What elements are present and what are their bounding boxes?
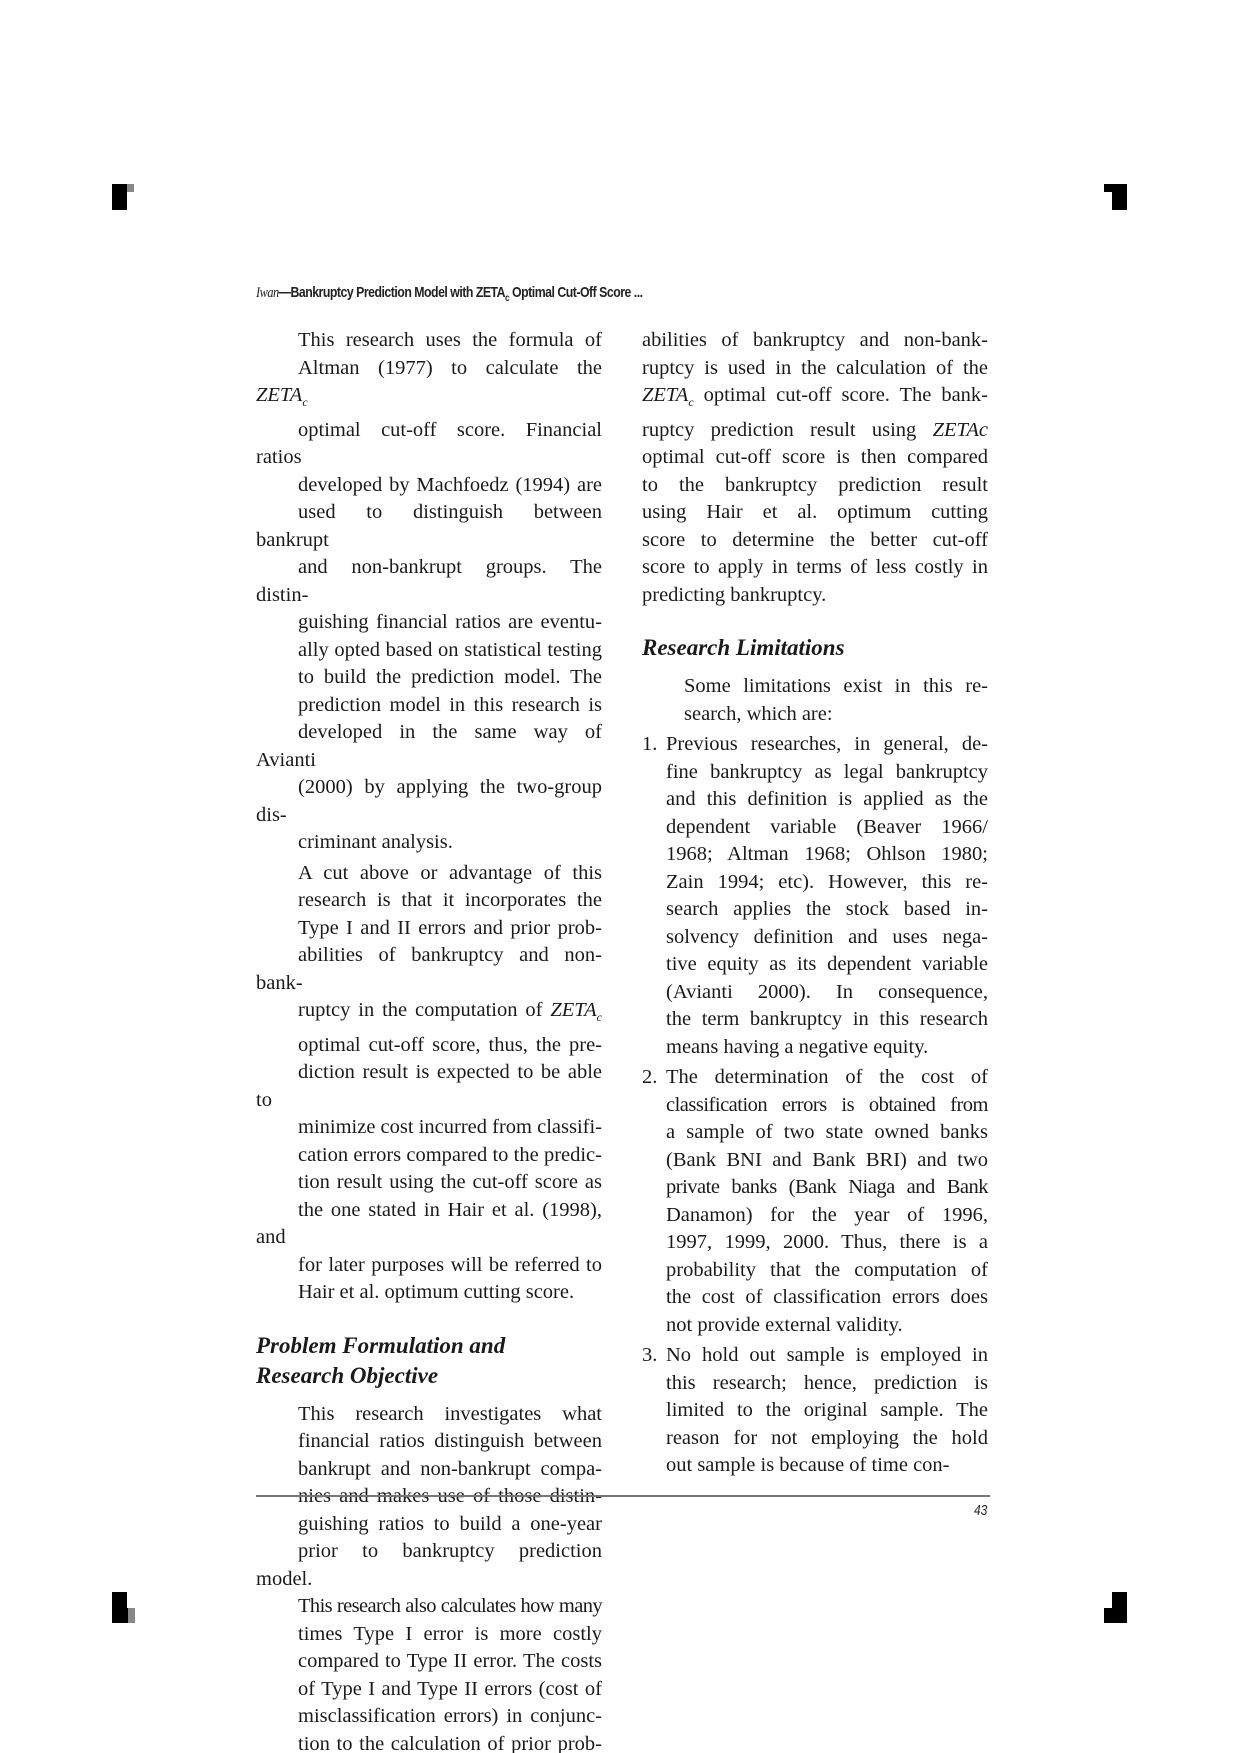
text-line: reason for not employing the hold bbox=[666, 1425, 988, 1453]
text-line: 1997, 1999, 2000. Thus, there is a bbox=[666, 1229, 988, 1257]
text-line: optimal cut-off score is then compared bbox=[642, 444, 988, 472]
text-line: bankrupt and non-bankrupt compa- bbox=[256, 1456, 602, 1484]
text-line: research is that it incorporates the bbox=[256, 887, 602, 915]
header-title: Bankruptcy Prediction Model with ZETA bbox=[290, 284, 505, 301]
header-separator: — bbox=[279, 284, 291, 301]
text-line: diction result is expected to be able to bbox=[256, 1059, 602, 1114]
text-fragment: ruptcy prediction result using bbox=[642, 419, 933, 441]
text-line: and non-bankrupt groups. The distin- bbox=[256, 554, 602, 609]
text-line: not provide external validity. bbox=[666, 1312, 988, 1340]
text-line: compared to Type II error. The costs bbox=[256, 1648, 602, 1676]
text-line: optimal cut-off score. Financial ratios bbox=[256, 417, 602, 472]
heading-line: Research Objective bbox=[256, 1361, 602, 1391]
text-line: This research also calculates how many bbox=[256, 1593, 602, 1621]
zeta-main: ZETA bbox=[550, 999, 596, 1021]
text-line: (Avianti 2000). In consequence, bbox=[666, 979, 988, 1007]
zeta-c-term: ZETAc bbox=[933, 419, 988, 441]
text-line: to build the prediction model. The bbox=[256, 664, 602, 692]
text-line: dependent variable (Beaver 1966/ bbox=[666, 814, 988, 842]
text-line: guishing ratios to build a one-year bbox=[256, 1511, 602, 1539]
paragraph-advantage: A cut above or advantage of this researc… bbox=[256, 860, 602, 1307]
section-heading-problem-formulation: Problem Formulation and Research Objecti… bbox=[256, 1331, 602, 1391]
text-line: No hold out sample is employed in bbox=[666, 1342, 988, 1370]
limitation-item-2: 2. The determination of the cost of clas… bbox=[642, 1064, 988, 1339]
zeta-sub: c bbox=[302, 395, 307, 409]
text-line: times Type I error is more costly bbox=[256, 1621, 602, 1649]
text-line: Altman (1977) to calculate the ZETAc bbox=[256, 355, 602, 417]
text-line: tion to the calculation of prior prob- bbox=[256, 1731, 602, 1753]
text-line: search applies the stock based in- bbox=[666, 896, 988, 924]
text-line: developed in the same way of Avianti bbox=[256, 719, 602, 774]
section-heading-research-limitations: Research Limitations bbox=[642, 633, 988, 663]
text-line: Previous researches, in general, de- bbox=[666, 731, 988, 759]
text-line: prior to bankruptcy prediction model. bbox=[256, 1538, 602, 1593]
text-line: Danamon) for the year of 1996, bbox=[666, 1202, 988, 1230]
text-line: Hair et al. optimum cutting score. bbox=[256, 1279, 602, 1307]
text-line: misclassification errors) in conjunc- bbox=[256, 1703, 602, 1731]
text-line: to the bankruptcy prediction result bbox=[642, 472, 988, 500]
text-line: score to apply in terms of less costly i… bbox=[642, 554, 988, 582]
left-column: This research uses the formula of Altman… bbox=[256, 327, 602, 1753]
text-line: abilities of bankruptcy and non-bank- bbox=[642, 327, 988, 355]
zeta-c-term: ZETAc bbox=[550, 999, 602, 1021]
text-line: (2000) by applying the two-group dis- bbox=[256, 774, 602, 829]
text-line: fine bankruptcy as legal bankruptcy bbox=[666, 759, 988, 787]
list-number: 2. bbox=[642, 1064, 657, 1092]
limitations-list: 1. Previous researches, in general, de- … bbox=[642, 731, 988, 1480]
text-line: the term bankruptcy in this research bbox=[666, 1006, 988, 1034]
text-line: tion result using the cut-off score as bbox=[256, 1169, 602, 1197]
paragraph-continuation: abilities of bankruptcy and non-bank- ru… bbox=[642, 327, 988, 609]
text-line: abilities of bankruptcy and non-bank- bbox=[256, 942, 602, 997]
running-header: Iwan—Bankruptcy Prediction Model with ZE… bbox=[256, 284, 643, 304]
zeta-sub: c bbox=[597, 1010, 602, 1024]
text-line: out sample is because of time con- bbox=[666, 1452, 988, 1480]
footer-rule bbox=[256, 1495, 990, 1497]
header-title-rest: Optimal Cut-Off Score ... bbox=[509, 284, 642, 301]
text-line: using Hair et al. optimum cutting bbox=[642, 499, 988, 527]
text-line: predicting bankruptcy. bbox=[642, 582, 988, 610]
text-line: probability that the computation of bbox=[666, 1257, 988, 1285]
list-number: 3. bbox=[642, 1342, 657, 1370]
text-line: criminant analysis. bbox=[256, 829, 602, 857]
text-line: ruptcy is used in the calculation of the bbox=[642, 355, 988, 383]
page-number: 43 bbox=[974, 1502, 987, 1519]
text-line: for later purposes will be referred to bbox=[256, 1252, 602, 1280]
text-line: optimal cut-off score, thus, the pre- bbox=[256, 1032, 602, 1060]
zeta-main: ZETA bbox=[642, 384, 688, 406]
paragraph-limitations-intro: Some limitations exist in this re- searc… bbox=[642, 673, 988, 728]
text-line: classification errors is obtained from bbox=[666, 1092, 988, 1120]
text-line: Zain 1994; etc). However, this re- bbox=[666, 869, 988, 897]
header-author: Iwan bbox=[256, 285, 279, 301]
text-line: minimize cost incurred from classifi- bbox=[256, 1114, 602, 1142]
limitation-item-1: 1. Previous researches, in general, de- … bbox=[642, 731, 988, 1061]
zeta-c-term: ZETAc bbox=[256, 384, 308, 406]
text-line: means having a negative equity. bbox=[666, 1034, 988, 1062]
text-line: score to determine the better cut-off bbox=[642, 527, 988, 555]
text-line: solvency definition and uses nega- bbox=[666, 924, 988, 952]
text-line: prediction model in this research is bbox=[256, 692, 602, 720]
text-fragment: Altman (1977) to calculate the bbox=[298, 357, 602, 379]
text-fragment: optimal cut-off score. The bank- bbox=[694, 384, 988, 406]
text-line: limited to the original sample. The bbox=[666, 1397, 988, 1425]
right-column: abilities of bankruptcy and non-bank- ru… bbox=[642, 327, 988, 1480]
text-line: This research investigates what bbox=[256, 1401, 602, 1429]
text-line: cation errors compared to the predic- bbox=[256, 1142, 602, 1170]
text-line: this research; hence, prediction is bbox=[666, 1370, 988, 1398]
text-fragment: ruptcy in the computation of bbox=[298, 999, 550, 1021]
text-line: used to distinguish between bankrupt bbox=[256, 499, 602, 554]
paragraph-investigation: This research investigates what financia… bbox=[256, 1401, 602, 1753]
zeta-main: ZETA bbox=[256, 384, 302, 406]
paragraph-formula: This research uses the formula of Altman… bbox=[256, 327, 602, 857]
text-line: tive equity as its dependent variable bbox=[666, 951, 988, 979]
text-line: private banks (Bank Niaga and Bank bbox=[666, 1174, 988, 1202]
text-line: ruptcy prediction result using ZETAc bbox=[642, 417, 988, 445]
text-line: a sample of two state owned banks bbox=[666, 1119, 988, 1147]
text-line: (Bank BNI and Bank BRI) and two bbox=[666, 1147, 988, 1175]
limitation-item-3: 3. No hold out sample is employed in thi… bbox=[642, 1342, 988, 1480]
text-line: financial ratios distinguish between bbox=[256, 1428, 602, 1456]
text-line: of Type I and Type II errors (cost of bbox=[256, 1676, 602, 1704]
text-line: Type I and II errors and prior prob- bbox=[256, 915, 602, 943]
text-line: 1968; Altman 1968; Ohlson 1980; bbox=[666, 841, 988, 869]
text-line: and this definition is applied as the bbox=[666, 786, 988, 814]
text-line: A cut above or advantage of this bbox=[256, 860, 602, 888]
text-line: developed by Machfoedz (1994) are bbox=[256, 472, 602, 500]
text-line: search, which are: bbox=[642, 701, 988, 729]
zeta-c-term: ZETAc bbox=[642, 384, 694, 406]
heading-line: Problem Formulation and bbox=[256, 1331, 602, 1361]
text-line: This research uses the formula of bbox=[256, 327, 602, 355]
text-line: the cost of classification errors does bbox=[666, 1284, 988, 1312]
text-line: the one stated in Hair et al. (1998), an… bbox=[256, 1197, 602, 1252]
text-line: ally opted based on statistical testing bbox=[256, 637, 602, 665]
text-line: The determination of the cost of bbox=[666, 1064, 988, 1092]
text-line: ruptcy in the computation of ZETAc bbox=[256, 997, 602, 1032]
list-number: 1. bbox=[642, 731, 657, 759]
text-line: ZETAc optimal cut-off score. The bank- bbox=[642, 382, 988, 417]
text-line: guishing financial ratios are eventu- bbox=[256, 609, 602, 637]
text-line: Some limitations exist in this re- bbox=[642, 673, 988, 701]
